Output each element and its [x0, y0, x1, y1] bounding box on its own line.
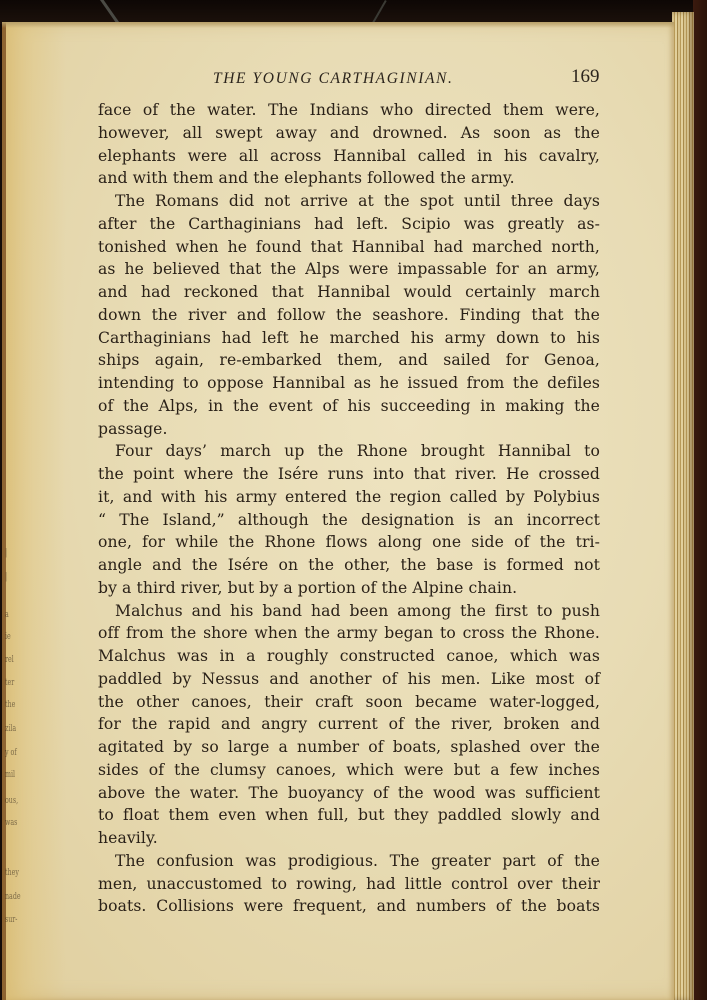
- text-line: one, for while the Rhone flows along one…: [98, 531, 600, 554]
- body-text: face of the water. The Indians who direc…: [98, 99, 600, 918]
- bleed-fragment: was: [5, 818, 17, 828]
- bleed-fragment: y of: [5, 748, 17, 758]
- bleed-fragment: zila: [5, 724, 16, 734]
- text-line: Malchus and his band had been among the …: [98, 600, 600, 623]
- text-line: and with them and the elephants followed…: [98, 167, 600, 190]
- text-line: it, and with his army entered the region…: [98, 486, 600, 509]
- paragraph: The confusion was prodigious. The greate…: [98, 850, 600, 918]
- text-line: Carthaginians had left he marched his ar…: [98, 327, 600, 350]
- page-number: 169: [571, 66, 600, 88]
- text-line: passage.: [98, 418, 600, 441]
- text-line: The Romans did not arrive at the spot un…: [98, 190, 600, 213]
- text-line: and had reckoned that Hannibal would cer…: [98, 281, 600, 304]
- text-line: tonished when he found that Hannibal had…: [98, 236, 600, 259]
- text-line: “ The Island,” although the designation …: [98, 509, 600, 532]
- text-line: however, all swept away and drowned. As …: [98, 122, 600, 145]
- paragraph: Four days’ march up the Rhone brought Ha…: [98, 440, 600, 599]
- text-line: after the Carthaginians had left. Scipio…: [98, 213, 600, 236]
- text-line: the other canoes, their craft soon becam…: [98, 691, 600, 714]
- paragraph: Malchus and his band had been among the …: [98, 600, 600, 850]
- text-line: face of the water. The Indians who direc…: [98, 99, 600, 122]
- paragraph: face of the water. The Indians who direc…: [98, 99, 600, 190]
- text-line: sides of the clumsy canoes, which were b…: [98, 759, 600, 782]
- text-line: boats. Collisions were frequent, and num…: [98, 895, 600, 918]
- text-line: off from the shore when the army began t…: [98, 622, 600, 645]
- bleed-fragment: ter: [5, 678, 14, 688]
- bleed-fragment: |: [5, 572, 7, 582]
- text-line: above the water. The buoyancy of the woo…: [98, 782, 600, 805]
- bleed-fragment: |: [5, 548, 7, 558]
- text-line: the point where the Isére runs into that…: [98, 463, 600, 486]
- text-line: ships again, re-embarked them, and saile…: [98, 349, 600, 372]
- text-line: The confusion was prodigious. The greate…: [98, 850, 600, 873]
- text-line: to float them even when full, but they p…: [98, 804, 600, 827]
- bleed-fragment: ous,: [5, 796, 18, 806]
- text-line: intending to oppose Hannibal as he issue…: [98, 372, 600, 395]
- text-line: for the rapid and angry current of the r…: [98, 713, 600, 736]
- bleed-fragment: sur-: [5, 915, 17, 925]
- bleed-fragment: rel: [5, 655, 14, 665]
- running-head: THE YOUNG CARTHAGINIAN.: [213, 70, 453, 88]
- paragraph: The Romans did not arrive at the spot un…: [98, 190, 600, 440]
- bleed-fragment: mil: [5, 770, 15, 780]
- scanned-book-scene: ||aierelterthezilay ofmilous,wastheynade…: [0, 0, 707, 1000]
- text-line: heavily.: [98, 827, 600, 850]
- text-line: elephants were all across Hannibal calle…: [98, 145, 600, 168]
- text-line: of the Alps, in the event of his succeed…: [98, 395, 600, 418]
- text-line: agitated by so large a number of boats, …: [98, 736, 600, 759]
- text-line: angle and the Isére on the other, the ba…: [98, 554, 600, 577]
- text-line: down the river and follow the seashore. …: [98, 304, 600, 327]
- bleed-fragment: nade: [5, 892, 21, 902]
- text-line: Four days’ march up the Rhone brought Ha…: [98, 440, 600, 463]
- page-stack-edges: [672, 12, 694, 1000]
- text-line: men, unaccustomed to rowing, had little …: [98, 873, 600, 896]
- bleed-fragment: a: [5, 610, 9, 620]
- facing-page-bleed: ||aierelterthezilay ofmilous,wastheynade…: [5, 22, 19, 1000]
- book-cover-edge: [693, 0, 707, 1000]
- text-line: by a third river, but by a portion of th…: [98, 577, 600, 600]
- bleed-fragment: the: [5, 700, 15, 710]
- text-line: as he believed that the Alps were impass…: [98, 258, 600, 281]
- text-line: Malchus was in a roughly constructed can…: [98, 645, 600, 668]
- text-line: paddled by Nessus and another of his men…: [98, 668, 600, 691]
- bleed-fragment: they: [5, 868, 19, 878]
- bleed-fragment: ie: [5, 632, 11, 642]
